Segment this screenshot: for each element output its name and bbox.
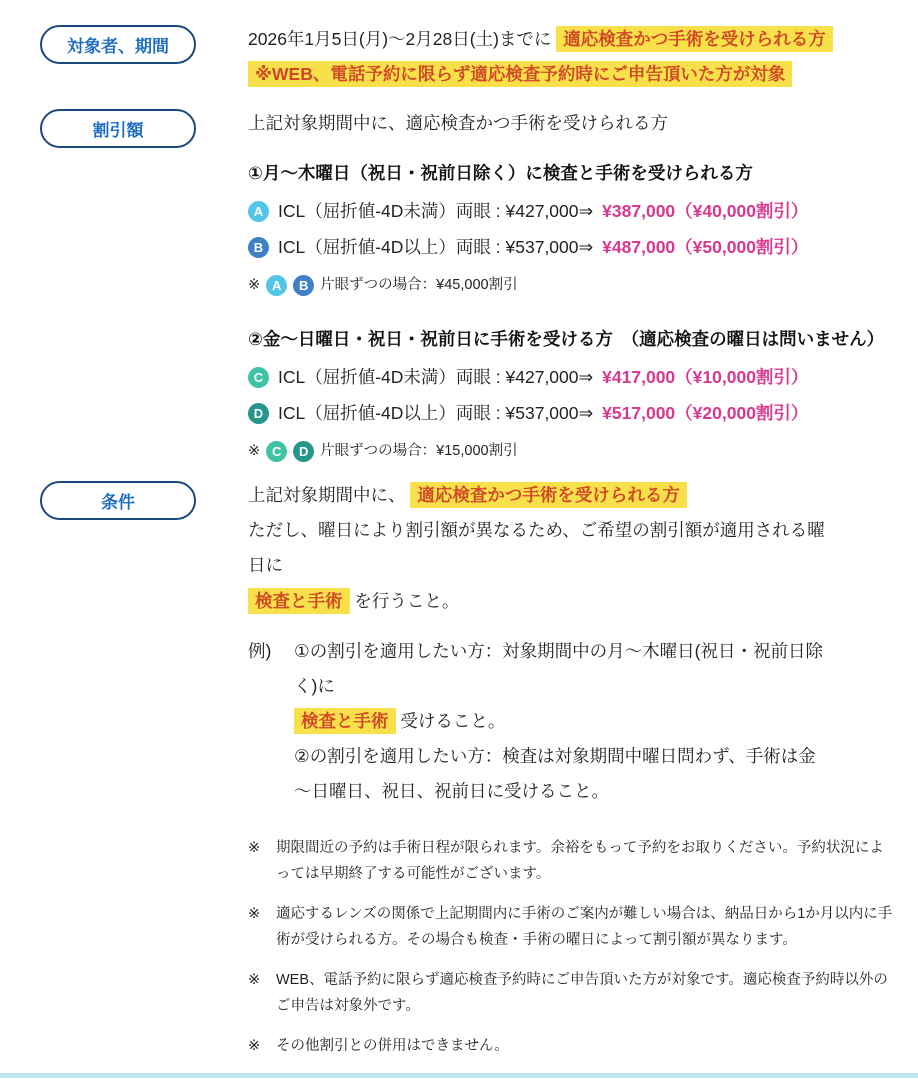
price-row-a: A ICL（屈折値-4D未満）両眼 : ¥427,000⇒ ¥387,000（¥…	[248, 196, 894, 226]
price-row-a-label: ICL（屈折値-4D未満）両眼 : ¥427,000⇒	[278, 196, 593, 226]
plan2-note-mark: ※	[248, 436, 260, 466]
campaign-document: 対象者、期間 2026年1月5日(月)〜2月28日(土)までに 適応検査かつ手術…	[0, 0, 918, 1084]
conditions-eligible-highlight: 適応検査かつ手術を受けられる方	[410, 482, 687, 508]
discount-section: 割引額 上記対象期間中に、適応検査かつ手術を受けられる方 ①月〜木曜日（祝日・祝…	[24, 108, 894, 466]
discount-content: 上記対象期間中に、適応検査かつ手術を受けられる方 ①月〜木曜日（祝日・祝前日除く…	[248, 108, 894, 466]
footnote-item: ※ 期限間近の予約は手術日程が限られます。余裕をもって予約をお取りください。予約…	[248, 835, 894, 887]
period-text: 2026年1月5日(月)〜2月28日(土)までに	[248, 29, 551, 49]
price-row-d-discounted: ¥517,000（¥20,000割引）	[602, 398, 808, 428]
eligible-highlight: 適応検査かつ手術を受けられる方	[556, 26, 833, 52]
target-period-pill: 対象者、期間	[40, 25, 196, 64]
plan-d-badge: D	[293, 441, 314, 462]
plan-a-badge: A	[266, 275, 287, 296]
conditions-line3: 日に	[248, 550, 894, 580]
footnote-item: ※ 適応するレンズの関係で上記期間内に手術のご案内が難しい場合は、納品日から1か…	[248, 901, 894, 953]
footnote-marker: ※	[248, 1033, 266, 1059]
plan-c-badge: C	[248, 367, 269, 388]
plan2-note-text: 片眼ずつの場合：¥15,000割引	[320, 436, 517, 466]
plan2-single-eye-note: ※ C D 片眼ずつの場合：¥15,000割引	[248, 436, 894, 466]
bottom-divider	[0, 1073, 918, 1078]
conditions-action-suffix: を行うこと。	[354, 591, 459, 611]
plan-b-badge: B	[248, 237, 269, 258]
conditions-action-highlight: 検査と手術	[248, 588, 350, 614]
web-note-highlight: ※WEB、電話予約に限らず適応検査予約時にご申告頂いた方が対象	[248, 61, 792, 87]
example-action-highlight: 検査と手術	[294, 708, 396, 734]
plan2-block: ②金〜日曜日・祝日・祝前日に手術を受ける方 （適応検査の曜日は問いません） C …	[248, 324, 894, 466]
footnote-text: その他割引との併用はできません。	[276, 1033, 509, 1059]
conditions-section: 条件 上記対象期間中に、 適応検査かつ手術を受けられる方 ただし、曜日により割引…	[24, 480, 894, 811]
example-line2: く)に	[294, 671, 894, 701]
plan2-heading: ②金〜日曜日・祝日・祝前日に手術を受ける方 （適応検査の曜日は問いません）	[248, 324, 894, 354]
conditions-line1-prefix: 上記対象期間中に、	[248, 485, 406, 505]
web-note-line: ※WEB、電話予約に限らず適応検査予約時にご申告頂いた方が対象	[248, 59, 894, 89]
footnote-marker: ※	[248, 967, 266, 1019]
conditions-label-column: 条件	[24, 480, 248, 811]
discount-label-column: 割引額	[24, 108, 248, 466]
plan1-note-text: 片眼ずつの場合：¥45,000割引	[320, 270, 517, 300]
target-period-content: 2026年1月5日(月)〜2月28日(土)までに 適応検査かつ手術を受けられる方…	[248, 24, 894, 94]
price-row-c-label: ICL（屈折値-4D未満）両眼 : ¥427,000⇒	[278, 362, 593, 392]
price-row-c-discounted: ¥417,000（¥10,000割引）	[602, 362, 808, 392]
discount-pill: 割引額	[40, 109, 196, 148]
example-line1: ①の割引を適用したい方：対象期間中の月〜木曜日(祝日・祝前日除	[294, 636, 894, 666]
price-row-a-discounted: ¥387,000（¥40,000割引）	[602, 196, 808, 226]
target-period-section: 対象者、期間 2026年1月5日(月)〜2月28日(土)までに 適応検査かつ手術…	[24, 24, 894, 94]
plan1-heading: ①月〜木曜日（祝日・祝前日除く）に検査と手術を受けられる方	[248, 158, 894, 188]
example-label: 例)	[248, 636, 282, 811]
plan-c-badge: C	[266, 441, 287, 462]
plan-b-badge: B	[293, 275, 314, 296]
discount-intro: 上記対象期間中に、適応検査かつ手術を受けられる方	[248, 108, 894, 138]
price-row-b-discounted: ¥487,000（¥50,000割引）	[602, 232, 808, 262]
example-block: 例) ①の割引を適用したい方：対象期間中の月〜木曜日(祝日・祝前日除 く)に 検…	[248, 636, 894, 811]
price-row-d-label: ICL（屈折値-4D以上）両眼 : ¥537,000⇒	[278, 398, 593, 428]
footnote-item: ※ その他割引との併用はできません。	[248, 1033, 894, 1059]
footnote-text: 適応するレンズの関係で上記期間内に手術のご案内が難しい場合は、納品日から1か月以…	[276, 901, 894, 953]
example-line3-suffix: 受けること。	[400, 711, 505, 731]
conditions-line1: 上記対象期間中に、 適応検査かつ手術を受けられる方	[248, 480, 894, 510]
period-line: 2026年1月5日(月)〜2月28日(土)までに 適応検査かつ手術を受けられる方	[248, 24, 894, 54]
price-row-d: D ICL（屈折値-4D以上）両眼 : ¥537,000⇒ ¥517,000（¥…	[248, 398, 894, 428]
conditions-content: 上記対象期間中に、 適応検査かつ手術を受けられる方 ただし、曜日により割引額が異…	[248, 480, 894, 811]
plan1-note-mark: ※	[248, 270, 260, 300]
footnote-item: ※ WEB、電話予約に限らず適応検査予約時にご申告頂いた方が対象です。適応検査予…	[248, 967, 894, 1019]
price-row-c: C ICL（屈折値-4D未満）両眼 : ¥427,000⇒ ¥417,000（¥…	[248, 362, 894, 392]
footnote-text: WEB、電話予約に限らず適応検査予約時にご申告頂いた方が対象です。適応検査予約時…	[276, 967, 894, 1019]
example-line4: ②の割引を適用したい方：検査は対象期間中曜日問わず、手術は金	[294, 741, 894, 771]
price-row-b-label: ICL（屈折値-4D以上）両眼 : ¥537,000⇒	[278, 232, 593, 262]
conditions-pill: 条件	[40, 481, 196, 520]
footnote-marker: ※	[248, 835, 266, 887]
conditions-line2: ただし、曜日により割引額が異なるため、ご希望の割引額が適用される曜	[248, 515, 894, 545]
price-row-b: B ICL（屈折値-4D以上）両眼 : ¥537,000⇒ ¥487,000（¥…	[248, 232, 894, 262]
example-line5: 〜日曜日、祝日、祝前日に受けること。	[294, 776, 894, 806]
conditions-action-line: 検査と手術 を行うこと。	[248, 586, 894, 616]
example-lines: ①の割引を適用したい方：対象期間中の月〜木曜日(祝日・祝前日除 く)に 検査と手…	[294, 636, 894, 811]
footnote-marker: ※	[248, 901, 266, 953]
example-line3: 検査と手術 受けること。	[294, 706, 894, 736]
footnote-text: 期限間近の予約は手術日程が限られます。余裕をもって予約をお取りください。予約状況…	[276, 835, 894, 887]
plan-a-badge: A	[248, 201, 269, 222]
footnotes: ※ 期限間近の予約は手術日程が限られます。余裕をもって予約をお取りください。予約…	[248, 835, 894, 1073]
plan1-single-eye-note: ※ A B 片眼ずつの場合：¥45,000割引	[248, 270, 894, 300]
target-period-label-column: 対象者、期間	[24, 24, 248, 94]
plan-d-badge: D	[248, 403, 269, 424]
